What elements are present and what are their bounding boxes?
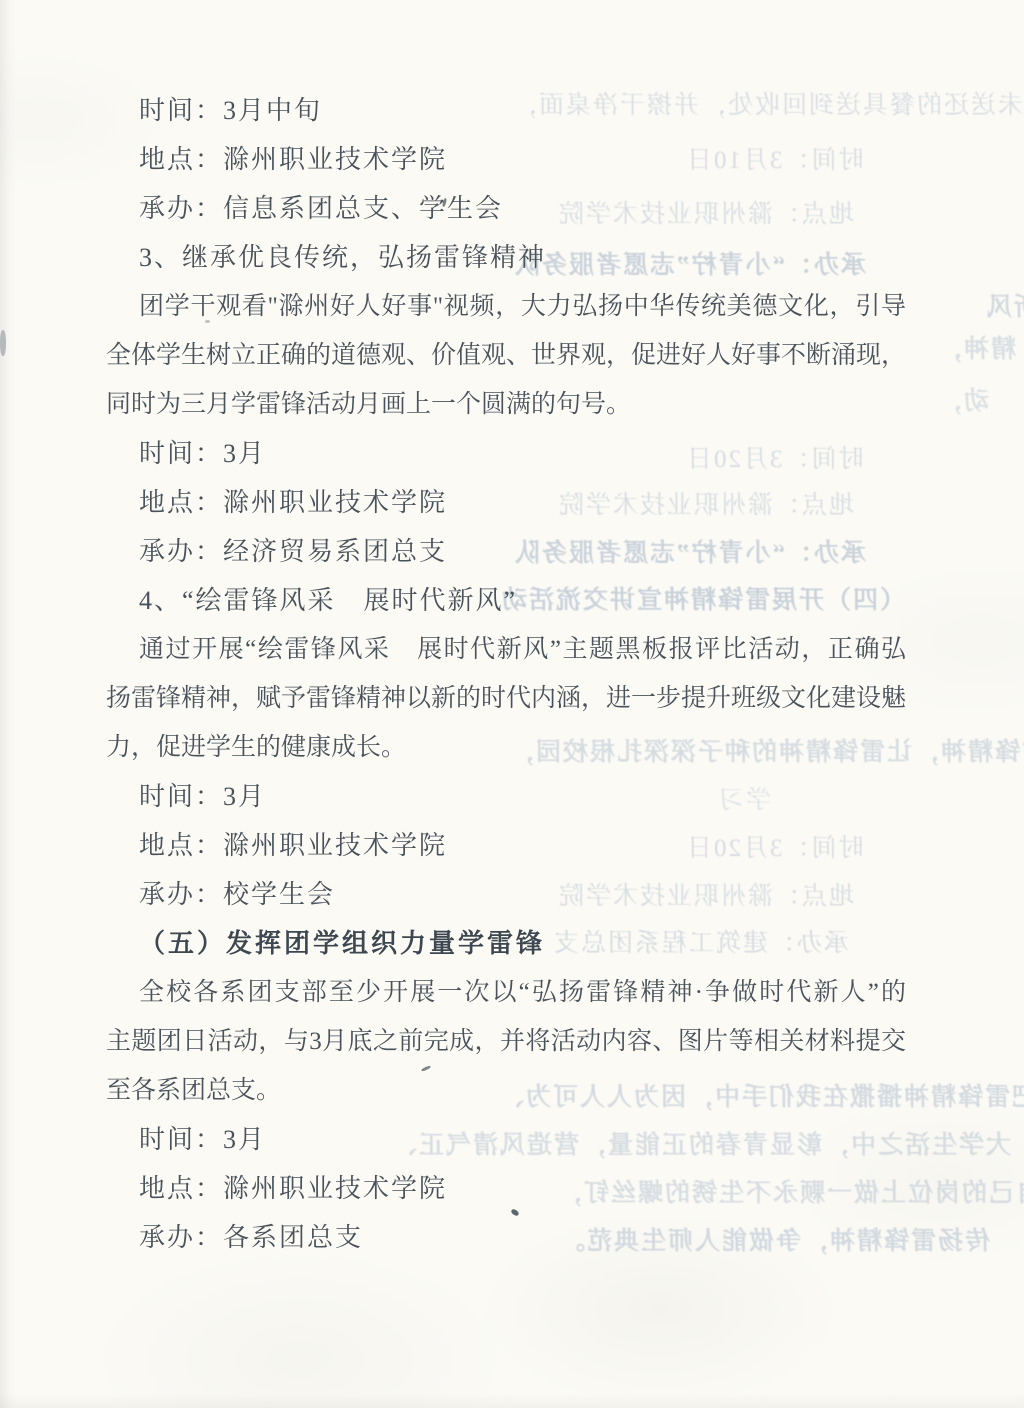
bleedthrough-line: 时间：3月20日	[685, 836, 864, 861]
bleedthrough-line: 学习	[717, 788, 771, 813]
doc-line: 时间：3月	[139, 1115, 266, 1164]
scan-speck	[421, 1065, 431, 1072]
bleedthrough-line: 地点：滁州职业技术学院	[557, 202, 854, 227]
doc-line: 时间：3月中旬	[139, 86, 322, 135]
scanned-document-page: 将有未送还的餐具送到回收处，并擦干净桌面，时间：3月10日地点：滁州职业技术学院…	[0, 0, 1024, 1408]
bleedthrough-line: 承办：“小青柠”志愿者服务队	[513, 253, 866, 278]
doc-line: 全体学生树立正确的道德观、价值观、世界观，促进好人好事不断涌现，	[106, 331, 906, 380]
bleedthrough-line: （四）开展雷锋精神宣讲交流活动	[500, 588, 905, 613]
doc-line: 3、继承优良传统，弘扬雷锋精神	[139, 233, 546, 282]
doc-line: 承办：各系团总支	[139, 1213, 363, 1262]
bleedthrough-line: 地点：滁州职业技术学院	[557, 493, 854, 518]
bleedthrough-line: 传扬雷锋精神，争做能人师生典范。	[558, 1229, 990, 1254]
bleedthrough-line: 新风	[985, 295, 1024, 320]
doc-line: 全校各系团支部至少开展一次以“弘扬雷锋精神·争做时代新人”的	[139, 968, 906, 1017]
bleedthrough-line: 时间：3月20日	[685, 447, 864, 472]
doc-line: （五）发挥团学组织力量学雷锋	[139, 919, 545, 968]
doc-line: 力，促进学生的健康成长。	[106, 723, 406, 772]
doc-line: 团学干观看"滁州好人好事"视频，大力弘扬中华传统美德文化，引导	[139, 282, 906, 331]
bleedthrough-line: 时间：3月10日	[685, 148, 864, 173]
doc-line: 时间：3月	[139, 429, 266, 478]
doc-line: 承办：经济贸易系团总支	[139, 527, 447, 576]
bleedthrough-line: 承办：“小青柠”志愿者服务队	[513, 541, 866, 566]
doc-line: 主题团日活动，与3月底之前完成，并将活动内容、图片等相关材料提交	[106, 1017, 906, 1066]
doc-line: 地点：滁州职业技术学院	[139, 821, 447, 870]
doc-line: 同时为三月学雷锋活动月画上一个圆满的句号。	[106, 380, 631, 429]
scan-speck	[0, 330, 6, 356]
scan-speck	[510, 1208, 519, 1217]
bleedthrough-line: 精神，	[935, 337, 1016, 362]
doc-line: 扬雷锋精神，赋予雷锋精神以新的时代内涵，进一步提升班级文化建设魅	[106, 674, 906, 723]
bleedthrough-line: 弘扬雷锋精神，让雷锋精神的种子深深扎根校园，	[507, 740, 1024, 765]
bleedthrough-line: 把雷锋精神播撒在我们手中，因为人人可为、	[497, 1085, 1024, 1110]
bleedthrough-line: 将有未送还的餐具送到回收处，并擦干净桌面，	[510, 93, 1024, 118]
bleedthrough-line: 大学生活之中，彰显青春的正能量，营造风清气正、	[390, 1133, 1011, 1158]
doc-line: 时间：3月	[139, 772, 266, 821]
doc-line: 地点：滁州职业技术学院	[139, 135, 447, 184]
doc-line: 4、“绘雷锋风采 展时代新风”	[139, 576, 517, 625]
doc-line: 至各系团总支。	[106, 1066, 281, 1115]
doc-line: 承办：校学生会	[139, 870, 335, 919]
bleedthrough-line: 动，	[935, 389, 989, 414]
doc-line: 地点：滁州职业技术学院	[139, 1164, 447, 1213]
bleedthrough-line: 在自己的岗位上做一颗永不生锈的螺丝钉，	[555, 1181, 1024, 1206]
doc-line: 承办：信息系团总支、学生会	[139, 184, 503, 233]
bleedthrough-line: 承办：建筑工程系团总支	[552, 931, 849, 956]
doc-line: 通过开展“绘雷锋风采 展时代新风”主题黑板报评比活动，正确弘	[139, 625, 906, 674]
doc-line: 地点：滁州职业技术学院	[139, 478, 447, 527]
bleedthrough-line: 地点：滁州职业技术学院	[557, 884, 854, 909]
scan-speck	[205, 320, 210, 323]
